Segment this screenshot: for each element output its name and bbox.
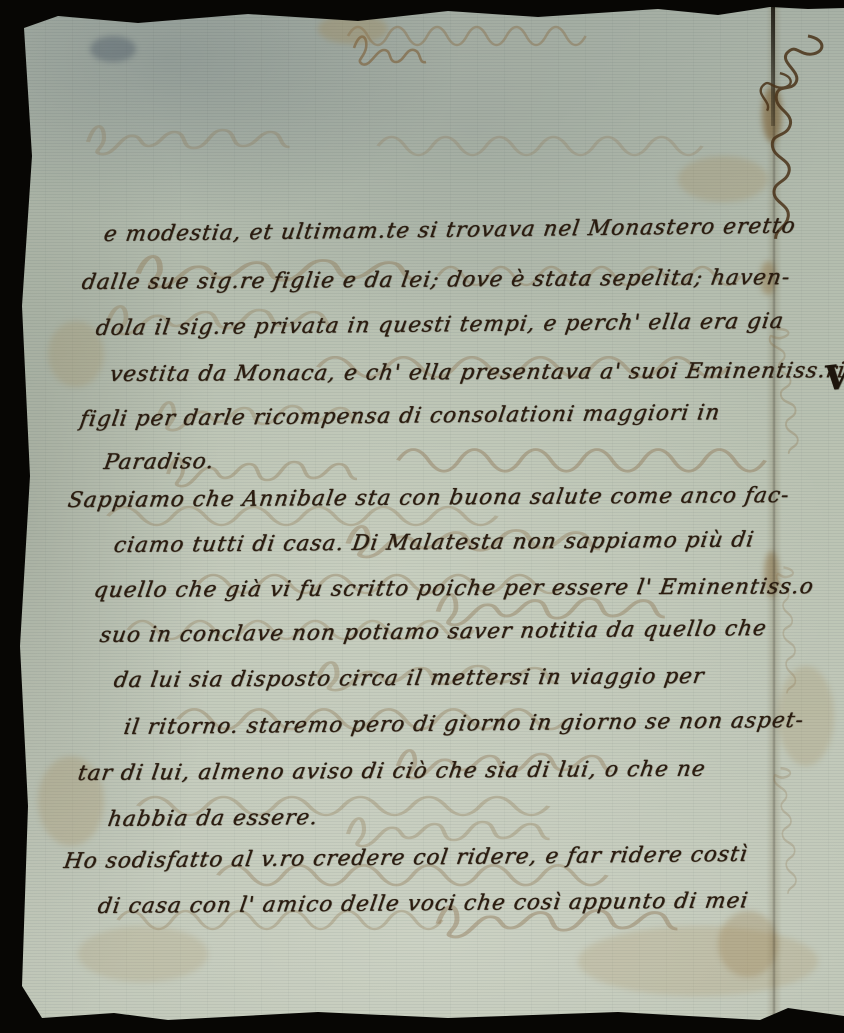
letter-page: e modestia, et ultimam.te si trovava nel… <box>18 6 844 1023</box>
margin-v-mark: V <box>822 357 844 400</box>
letter-line: dalle sue sig.re figlie e da lei; dove è… <box>80 265 792 295</box>
letter-line: habbia da essere. <box>106 805 320 832</box>
letter-line: Sappiamo che Annibale sta con buona salu… <box>66 483 791 513</box>
manuscript-photo: e modestia, et ultimam.te si trovava nel… <box>0 0 844 1033</box>
fold-crease <box>766 6 782 1023</box>
foxing-stain <box>318 14 388 44</box>
letter-line: vestita da Monaca, e ch' ella presentava… <box>108 358 844 387</box>
foxing-stain <box>678 156 768 202</box>
letter-line: Paradiso. <box>102 449 216 475</box>
letter-line: quello che già vi fu scritto poiche per … <box>92 574 816 603</box>
foxing-stain <box>578 926 818 996</box>
foxing-stain <box>78 926 208 982</box>
ink-smudge <box>90 36 136 62</box>
fold-crease-shadow <box>771 6 775 126</box>
letter-line: tar di lui, almeno aviso di ciò che sia … <box>76 757 707 786</box>
letter-line: da lui sia disposto circa il mettersi in… <box>112 664 706 693</box>
